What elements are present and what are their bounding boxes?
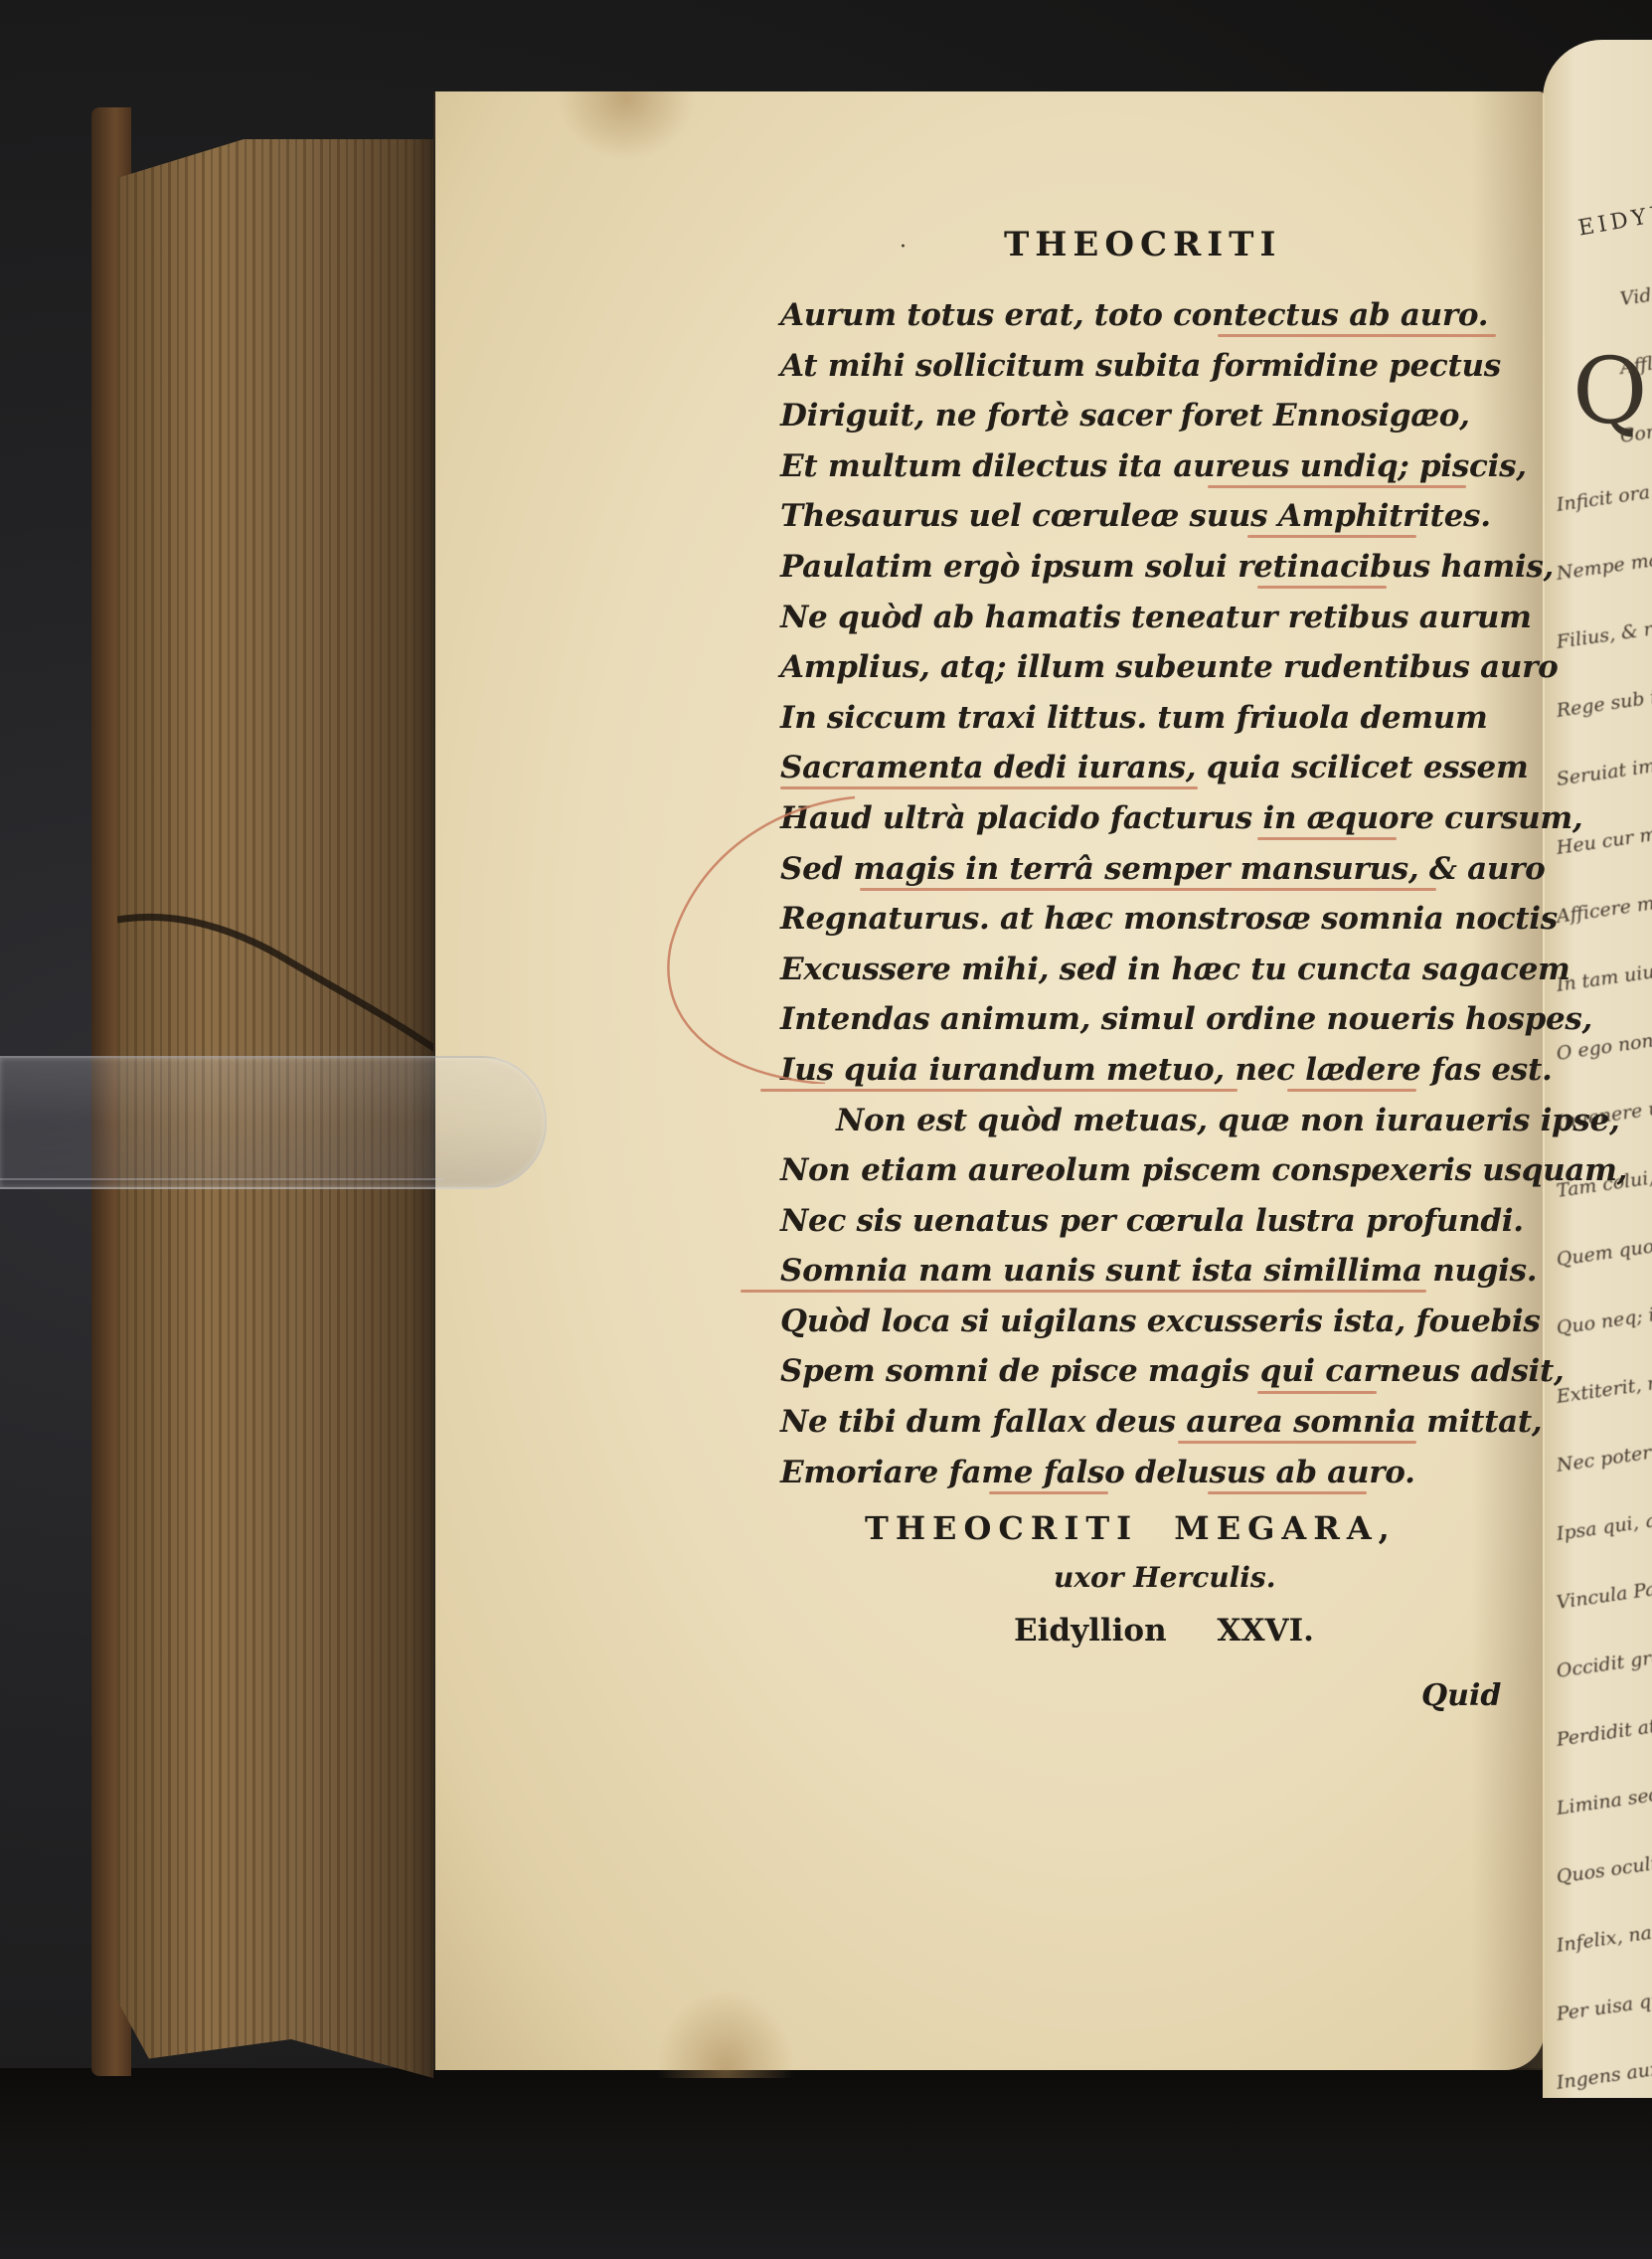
verse-line: In siccum traxi littus. tum friuola demu…: [780, 693, 1496, 744]
red-ink-underline: [860, 888, 1436, 891]
verse-line: Paulatim ergò ipsum solui retinacibus ha…: [780, 542, 1496, 593]
verse-line: Nec sis uenatus per cœrula lustra profun…: [780, 1196, 1496, 1247]
marginal-bracket-annotation: [636, 785, 865, 1084]
verse-line: Diriguit, ne fortè sacer foret Ennosigæo…: [780, 391, 1496, 441]
section-subtitle: uxor Herculis.: [1054, 1561, 1275, 1594]
verse-line: Quòd loca si uigilans excusseris ista, f…: [780, 1297, 1496, 1347]
verse-line: Emoriare fame falso delusus ab auro.: [780, 1448, 1496, 1498]
catchword: Quid: [1421, 1678, 1501, 1713]
verse-line: Aurum totus erat, toto contectus ab auro…: [780, 290, 1496, 341]
verse-line: Non etiam aureolum piscem conspexeris us…: [780, 1145, 1496, 1196]
red-ink-underline: [1218, 334, 1496, 337]
red-ink-underline: [1257, 1391, 1377, 1394]
page-clip-edge: [0, 1084, 443, 1180]
red-ink-underline: [741, 1290, 1426, 1293]
facing-page-line: Afficere malis? cur: [1555, 881, 1652, 928]
facing-page-line: Ingens auxilio: [1555, 2053, 1652, 2094]
facing-page-line: Quo neq; iuuentum: [1555, 1292, 1652, 1339]
facing-page-line: Occidit grauibus fu: [1555, 1635, 1652, 1682]
red-ink-underline: [760, 1089, 1238, 1092]
facing-page-line: Nempe malis prem: [1555, 538, 1652, 585]
red-ink-underline: [1178, 1441, 1416, 1444]
facing-page-line: Infelix, nam quisqua: [1555, 1908, 1652, 1957]
facing-page-line: Rege sub ignauo,: [1555, 677, 1652, 722]
facing-page-line: Quem quoq; nunc: [1555, 1225, 1652, 1271]
facing-page-line: Perdidit atq; furens: [1555, 1703, 1652, 1751]
verse-line: Ne tibi dum fallax deus aurea somnia mit…: [780, 1397, 1496, 1448]
facing-page-line: Vincula Parcarum: [1555, 1568, 1652, 1614]
verse-line: Sacramenta dedi iurans, quia scilicet es…: [780, 743, 1496, 793]
verse-line: Ne quòd ab hamatis teneatur retibus auru…: [780, 593, 1496, 643]
red-ink-underline: [1257, 586, 1387, 589]
facing-page-line: Ipsa qui, quas uel: [1555, 1499, 1652, 1545]
verse-line: Excussere mihi, sed in hæc tu cuncta sag…: [780, 945, 1496, 995]
red-ink-underline: [989, 1491, 1108, 1494]
facing-page-line: Quos oculis uidi ipsa: [1555, 1838, 1652, 1888]
verse-line: Haud ultrà placido facturus in æquore cu…: [780, 793, 1496, 844]
verse-line: Amplius, atq; illum subeunte rudentibus …: [780, 642, 1496, 693]
facing-page-line: Inficit ora rubor,: [1555, 472, 1652, 516]
red-ink-underline: [1287, 1089, 1416, 1092]
facing-page-line: Filius, & requiem: [1555, 608, 1652, 653]
facing-page-line: Vid curis: [1618, 276, 1652, 310]
red-ink-underline: [1208, 1491, 1367, 1494]
verse-line: Et multum dilectus ita aureus undiq; pis…: [780, 441, 1496, 492]
verse-line: At mihi sollicitum subita formidine pect…: [780, 341, 1496, 392]
facing-page-line: Limina sede replens: [1555, 1771, 1652, 1820]
verse-line: Sed magis in terrâ semper mansurus, & au…: [780, 844, 1496, 895]
facing-running-head: EIDYLLI: [1576, 196, 1652, 242]
section-title: THEOCRITI MEGARA,: [865, 1509, 1397, 1547]
water-stain: [557, 91, 696, 161]
red-ink-underline: [1257, 837, 1397, 840]
facing-page-line: Extiterit, neq; qui ta: [1555, 1359, 1652, 1408]
facing-page-line: Seruiat imbelli gene: [1555, 742, 1652, 790]
facing-page: EIDYLLI Q Vid curisAffligis?Conficis? &I…: [1543, 40, 1652, 2098]
facing-page-line: Per uisa quidem ta: [1555, 1979, 1652, 2025]
verse-line: Spem somni de pisce magis qui carneus ad…: [780, 1346, 1496, 1397]
fore-edge-crack: [117, 900, 445, 1079]
water-stain: [656, 1989, 795, 2078]
verse-line: Ius quia iurandum metuo, nec lædere fas …: [780, 1045, 1496, 1096]
running-head: THEOCRITI: [1004, 225, 1281, 264]
verse-block: Aurum totus erat, toto contectus ab auro…: [780, 290, 1496, 1497]
verse-line: Intendas animum, simul ordine noueris ho…: [780, 994, 1496, 1045]
idyll-number: Eidyllion XXVI.: [1014, 1613, 1314, 1649]
verse-line: Non est quòd metuas, quæ non iuraueris i…: [780, 1096, 1496, 1146]
facing-page-line: Nec poterit tales: [1555, 1433, 1652, 1477]
verse-line: Regnaturus. at hæc monstrosæ somnia noct…: [780, 894, 1496, 945]
verse-line: Somnia nam uanis sunt ista simillima nug…: [780, 1246, 1496, 1297]
red-ink-underline: [1247, 535, 1416, 538]
table-shadow: [0, 2068, 1652, 2259]
red-ink-underline: [1208, 485, 1466, 488]
ornament-dot: ·: [900, 235, 907, 260]
verse-line: Thesaurus uel cœruleæ suus Amphitrites.: [780, 491, 1496, 542]
